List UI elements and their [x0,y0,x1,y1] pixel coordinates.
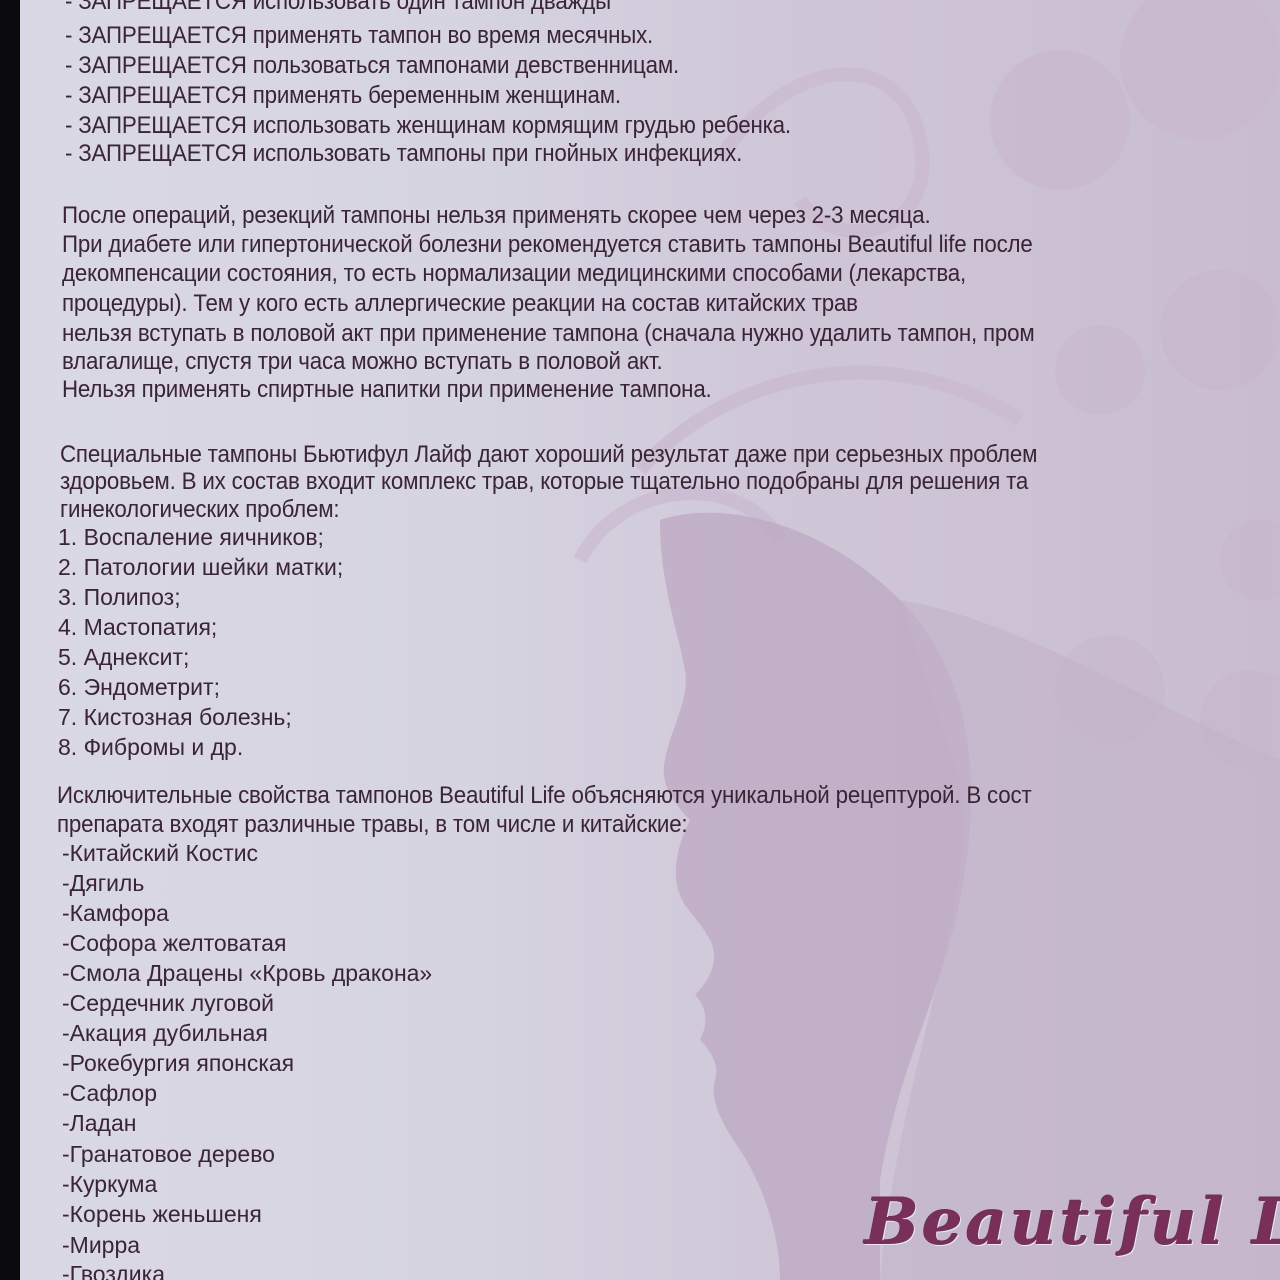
composition-line: препарата входят различные травы, в том … [57,811,687,839]
herb-item: -Гранатовое дерево [62,1141,275,1168]
herb-item: -Корень женьшеня [62,1201,262,1228]
contraindication-line: - ЗАПРЕЩАЕТСЯ использовать женщинам корм… [65,112,791,140]
contraindication-line: - ЗАПРЕЩАЕТСЯ применять тампон во время … [65,22,653,50]
benefits-line: Специальные тампоны Бьютифул Лайф дают х… [60,441,1037,469]
warning-line: декомпенсации состояния, то есть нормали… [62,260,966,288]
herb-item: -Ладан [62,1110,136,1137]
contraindication-line: - ЗАПРЕЩАЕТСЯ использовать один тампон д… [65,0,611,16]
herb-item: -Сафлор [62,1080,157,1107]
herb-item: -Рокебургия японская [62,1050,294,1077]
herb-item: -Сердечник луговой [62,990,274,1017]
herb-item: -Камфора [62,900,169,927]
herb-item: -Куркума [62,1171,157,1198]
herb-item: -Смола Драцены «Кровь дракона» [62,960,432,987]
warning-line: После операций, резекций тампоны нельзя … [62,202,930,230]
condition-item: 2. Патологии шейки матки; [58,554,343,581]
contraindication-line: - ЗАПРЕЩАЕТСЯ пользоваться тампонами дев… [65,52,679,80]
benefits-line: здоровьем. В их состав входит комплекс т… [60,468,1028,496]
herb-item: -Софора желтоватая [62,930,286,957]
condition-item: 1. Воспаление яичников; [58,524,324,551]
warning-line: Нельзя применять спиртные напитки при пр… [62,376,712,404]
composition-line: Исключительные свойства тампонов Beautif… [57,782,1032,810]
condition-item: 6. Эндометрит; [58,674,220,701]
herb-item: -Китайский Костис [62,840,258,867]
herb-item: -Мирра [62,1232,140,1259]
document-page: - ЗАПРЕЩАЕТСЯ использовать один тампон д… [20,0,1280,1280]
warning-line: процедуры). Тем у кого есть аллергически… [62,290,858,318]
condition-item: 4. Мастопатия; [58,614,217,641]
herb-item: -Акация дубильная [62,1020,268,1047]
herb-item: -Гвоздика [62,1261,165,1280]
warning-line: При диабете или гипертонической болезни … [62,231,1033,259]
benefits-line: гинекологических проблем: [60,496,339,524]
condition-item: 8. Фибромы и др. [58,734,243,761]
condition-item: 7. Кистозная болезнь; [58,704,292,731]
brand-logo: Beautiful Life [865,1185,1280,1260]
condition-item: 3. Полипоз; [58,584,181,611]
contraindication-line: - ЗАПРЕЩАЕТСЯ применять беременным женщи… [65,82,621,110]
contraindication-line: - ЗАПРЕЩАЕТСЯ использовать тампоны при г… [65,140,742,168]
warning-line: влагалище, спустя три часа можно вступат… [62,348,662,376]
herb-item: -Дягиль [62,870,144,897]
warning-line: нельзя вступать в половой акт при примен… [62,320,1035,348]
condition-item: 5. Аднексит; [58,644,189,671]
